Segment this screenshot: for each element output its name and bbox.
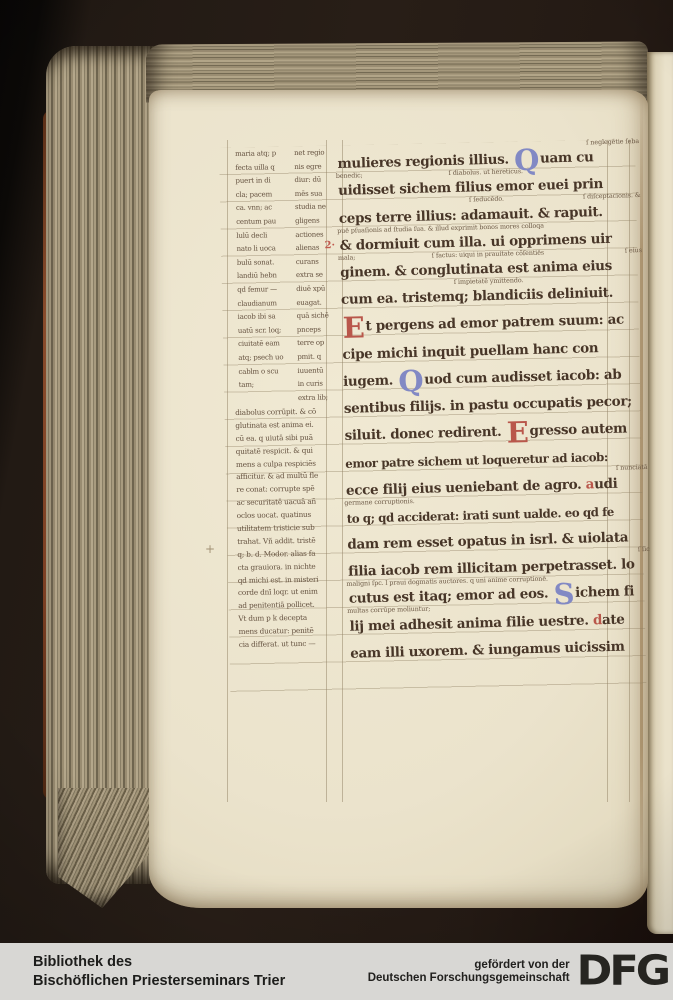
main-text-column: ſ neglegētie ſebamulieres regionis illiu… bbox=[335, 138, 649, 666]
text-run: uam cu bbox=[540, 149, 594, 166]
gloss-line: bulū sonat. bbox=[237, 256, 295, 271]
interlinear-gloss: ſ ſic bbox=[638, 545, 650, 553]
gloss-line: fecta uilla q bbox=[235, 161, 293, 176]
interlinear-gloss: ſ factus: uiqui in prauitate cōſentiēs bbox=[432, 248, 545, 259]
interlinear-gloss: benedic; bbox=[336, 171, 363, 180]
funding-line1: gefördert von der bbox=[368, 959, 570, 972]
initial-letter: Q bbox=[514, 156, 539, 165]
interlinear-gloss: mala; bbox=[338, 253, 356, 261]
marginal-gloss-column: maria atq; pfecta uilla qpuert in dicla;… bbox=[231, 146, 345, 668]
gloss-line: pmit. q bbox=[297, 350, 341, 364]
gloss-line: ciuitatē eam bbox=[238, 337, 296, 352]
gloss-line: lulū decli bbox=[236, 229, 294, 244]
text-run: udi bbox=[594, 475, 618, 492]
gloss-subcol-b: net regionis egrediur: dūmēs suastudia n… bbox=[294, 146, 342, 405]
gloss-line: iuuentū bbox=[297, 364, 341, 378]
text-run: ichem fi bbox=[575, 584, 634, 602]
interlinear-gloss: ſ diſceptacionis. & bbox=[583, 191, 641, 201]
interlinear-gloss: ſ diabolus. ut hereticus. bbox=[448, 167, 523, 177]
photo-background: + maria atq; pfecta uilla qpuert in dicl… bbox=[0, 0, 673, 943]
gloss-line: ca. vnn; ac bbox=[236, 201, 294, 216]
gloss-line: cla; pacem bbox=[236, 188, 294, 203]
gloss-line: nis egre bbox=[294, 160, 338, 174]
interlinear-gloss: ſ ſeducēdo. bbox=[469, 195, 504, 204]
gloss-line: claudianum bbox=[237, 297, 295, 312]
gloss-line: terre op bbox=[297, 337, 341, 351]
interlinear-gloss: multas corrūpe moliuntur; bbox=[347, 605, 430, 615]
scan-canvas: + maria atq; pfecta uilla qpuert in dicl… bbox=[0, 0, 673, 1000]
dfg-logo: DFG bbox=[570, 944, 673, 998]
margin-cross-mark: + bbox=[205, 542, 215, 556]
initial-letter: Q bbox=[398, 377, 423, 386]
text-run: ate bbox=[602, 611, 625, 628]
gloss-line: tam; bbox=[239, 378, 297, 393]
library-name: Bibliothek des Bischöflichen Priestersem… bbox=[0, 953, 285, 990]
funding-credit: gefördert von der Deutschen Forschungsge… bbox=[368, 959, 570, 985]
initial-letter: d bbox=[593, 612, 603, 628]
gloss-line: diuē xpū bbox=[296, 282, 340, 296]
interlinear-gloss: ſ nunciatā bbox=[616, 463, 648, 472]
initial-letter: E bbox=[507, 428, 529, 437]
vertical-ruling-line bbox=[227, 140, 228, 802]
gloss-subcol-a: maria atq; pfecta uilla qpuert in dicla;… bbox=[235, 147, 297, 393]
facing-page-sliver bbox=[647, 52, 673, 934]
interlinear-gloss: ſ impietatē ymittendo. bbox=[454, 276, 524, 286]
gloss-line: extra se bbox=[296, 269, 340, 283]
gloss-line: atq; psech uo bbox=[238, 351, 296, 366]
gloss-line: centum pau bbox=[236, 215, 294, 230]
text-run: eam illi uxorem. & iungamus uicissim bbox=[350, 638, 625, 661]
gloss-line: euagat. bbox=[296, 296, 340, 310]
text-line-content: eam illi uxorem. & iungamus uicissim bbox=[350, 638, 625, 661]
gloss-line: extra lib; bbox=[298, 391, 342, 405]
gloss-line: nato li uoca bbox=[236, 242, 294, 257]
gloss-line: diur: dū bbox=[294, 174, 338, 188]
gloss-line: gligens bbox=[295, 214, 339, 228]
gloss-line: cablm o scu bbox=[238, 364, 296, 379]
library-name-line1: Bibliothek des bbox=[33, 953, 285, 972]
gloss-line: landiū hebn bbox=[237, 269, 295, 284]
manuscript-page: + maria atq; pfecta uilla qpuert in dicl… bbox=[149, 90, 648, 908]
gloss-line: iacob ibi sa bbox=[238, 310, 296, 325]
gloss-line: quā sichē bbox=[297, 309, 341, 323]
funding-line2: Deutschen Forschungsgemeinschaft bbox=[368, 972, 570, 985]
gloss-line: in curis bbox=[298, 377, 342, 391]
margin-number: 2· bbox=[324, 240, 335, 251]
interlinear-gloss: ſ neglegētie ſeba bbox=[586, 137, 639, 146]
text-run: gresso autem bbox=[529, 421, 627, 440]
gloss-line: studia ne bbox=[295, 201, 339, 215]
gloss-line: qd femur — bbox=[237, 283, 295, 298]
library-name-line2: Bischöflichen Priesterseminars Trier bbox=[33, 972, 285, 991]
text-run: iugem. bbox=[343, 372, 398, 389]
interlinear-gloss: germane corruptionis. bbox=[344, 497, 414, 507]
initial-letter: E bbox=[343, 324, 365, 333]
gloss-line: mēs sua bbox=[295, 187, 339, 201]
initial-letter: S bbox=[553, 590, 574, 599]
gloss-line: curans bbox=[296, 255, 340, 269]
gloss-line: puert in di bbox=[235, 174, 293, 189]
gloss-paragraph: diabolus corrūpit. & cōglutinata est ani… bbox=[235, 405, 345, 652]
gloss-line: cia differat. ut tunc — bbox=[239, 637, 345, 652]
gloss-line: maria atq; p bbox=[235, 147, 293, 162]
interlinear-gloss: ſ eius bbox=[625, 246, 642, 254]
gloss-line: pnceps bbox=[297, 323, 341, 337]
footer-banner: Bibliothek des Bischöflichen Priestersem… bbox=[0, 943, 673, 1000]
gloss-line: uatū scr. loq; bbox=[238, 324, 296, 339]
gloss-line: net regio bbox=[294, 146, 338, 160]
book-fore-edge-pages bbox=[46, 46, 160, 884]
